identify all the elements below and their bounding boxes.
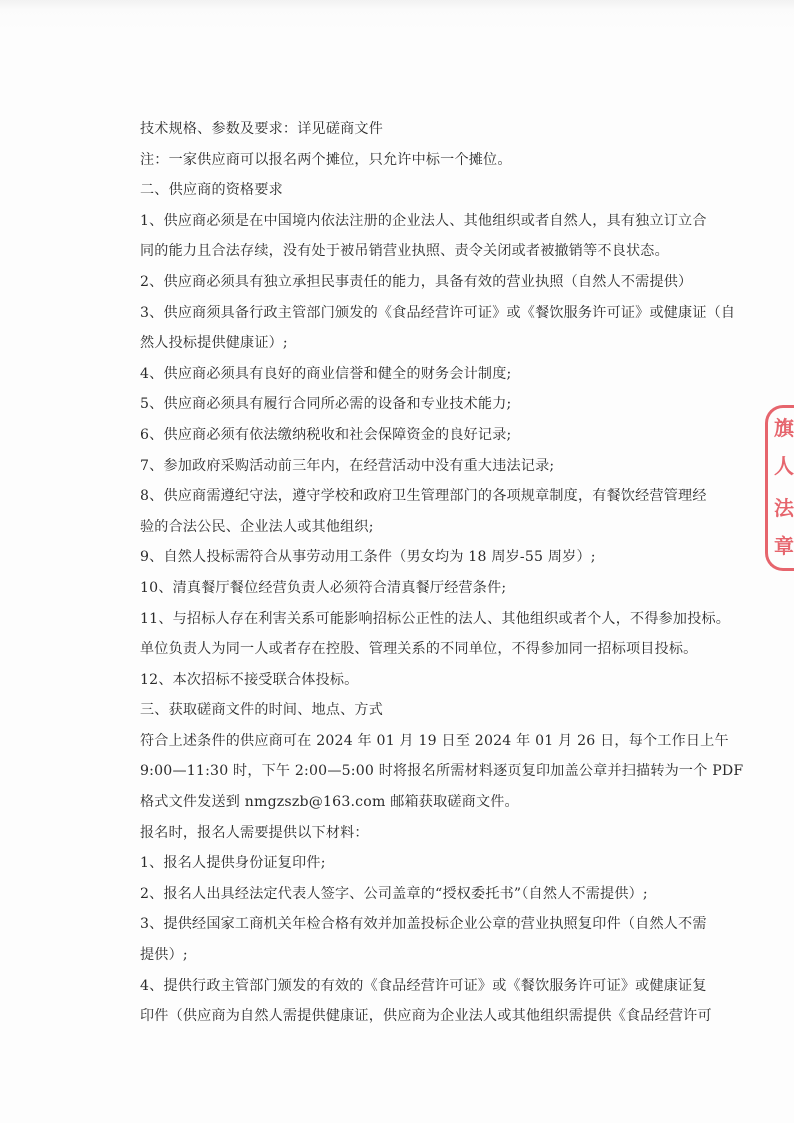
seal-char: 章 <box>774 530 794 559</box>
requirement-11: 11、与招标人存在利害关系可能影响招标公正性的法人、其他组织或者个人，不得参加投… <box>140 604 670 635</box>
red-seal-stamp: 旗 人 法 章 <box>765 405 794 571</box>
obtain-docs-text: 符合上述条件的供应商可在 2024 年 01 月 19 日至 2024 年 01… <box>140 726 670 757</box>
requirement-7: 7、参加政府采购活动前三年内，在经营活动中没有重大违法记录; <box>140 451 670 482</box>
spec-line: 技术规格、参数及要求：详见磋商文件 <box>140 114 670 145</box>
requirement-4: 4、供应商必须具有良好的商业信誉和健全的财务会计制度; <box>140 359 670 390</box>
material-3: 3、提供经国家工商机关年检合格有效并加盖投标企业公章的营业执照复印件（自然人不需 <box>140 909 670 940</box>
material-3-cont: 提供）; <box>140 940 670 971</box>
requirement-1-cont: 同的能力且合法存续，没有处于被吊销营业执照、责令关闭或者被撤销等不良状态。 <box>140 236 670 267</box>
scanned-page: 技术规格、参数及要求：详见磋商文件 注：一家供应商可以报名两个摊位，只允许中标一… <box>0 0 794 1123</box>
requirement-2: 2、供应商必须具有独立承担民事责任的能力，具备有效的营业执照（自然人不需提供） <box>140 267 670 298</box>
material-2: 2、报名人出具经法定代表人签字、公司盖章的“授权委托书”（自然人不需提供）; <box>140 879 670 910</box>
seal-char: 旗 <box>774 412 794 441</box>
requirement-1: 1、供应商必须是在中国境内依法注册的企业法人、其他组织或者自然人，具有独立订立合 <box>140 206 670 237</box>
obtain-docs-text-cont: 9:00—11:30 时，下午 2:00—5:00 时将报名所需材料逐页复印加盖… <box>140 756 670 787</box>
document-body: 技术规格、参数及要求：详见磋商文件 注：一家供应商可以报名两个摊位，只允许中标一… <box>140 114 670 1032</box>
requirement-8-cont: 验的合法公民、企业法人或其他组织; <box>140 512 670 543</box>
requirement-3-cont: 然人投标提供健康证）; <box>140 328 670 359</box>
material-4: 4、提供行政主管部门颁发的有效的《食品经营许可证》或《餐饮服务许可证》或健康证复 <box>140 971 670 1002</box>
requirement-6: 6、供应商必须有依法缴纳税收和社会保障资金的良好记录; <box>140 420 670 451</box>
obtain-docs-email: 格式文件发送到 nmgzszb@163.com 邮箱获取磋商文件。 <box>140 787 670 818</box>
materials-intro: 报名时，报名人需要提供以下材料： <box>140 818 670 849</box>
requirement-8: 8、供应商需遵纪守法，遵守学校和政府卫生管理部门的各项规章制度，有餐饮经营管理经 <box>140 481 670 512</box>
seal-char: 法 <box>774 492 794 521</box>
material-4-cont: 印件（供应商为自然人需提供健康证，供应商为企业法人或其他组织需提供《食品经营许可 <box>140 1001 670 1032</box>
requirement-9: 9、自然人投标需符合从事劳动用工条件（男女均为 18 周岁-55 周岁）; <box>140 542 670 573</box>
requirement-10: 10、清真餐厅餐位经营负责人必须符合清真餐厅经营条件; <box>140 573 670 604</box>
requirement-3: 3、供应商须具备行政主管部门颁发的《食品经营许可证》或《餐饮服务许可证》或健康证… <box>140 298 670 329</box>
seal-char: 人 <box>774 450 794 479</box>
section-heading-obtain-docs: 三、获取磋商文件的时间、地点、方式 <box>140 695 670 726</box>
section-heading-qualifications: 二、供应商的资格要求 <box>140 175 670 206</box>
requirement-12: 12、本次招标不接受联合体投标。 <box>140 665 670 696</box>
requirement-5: 5、供应商必须具有履行合同所必需的设备和专业技术能力; <box>140 389 670 420</box>
requirement-11-cont: 单位负责人为同一人或者存在控股、管理关系的不同单位，不得参加同一招标项目投标。 <box>140 634 670 665</box>
note-line: 注：一家供应商可以报名两个摊位，只允许中标一个摊位。 <box>140 145 670 176</box>
material-1: 1、报名人提供身份证复印件; <box>140 848 670 879</box>
